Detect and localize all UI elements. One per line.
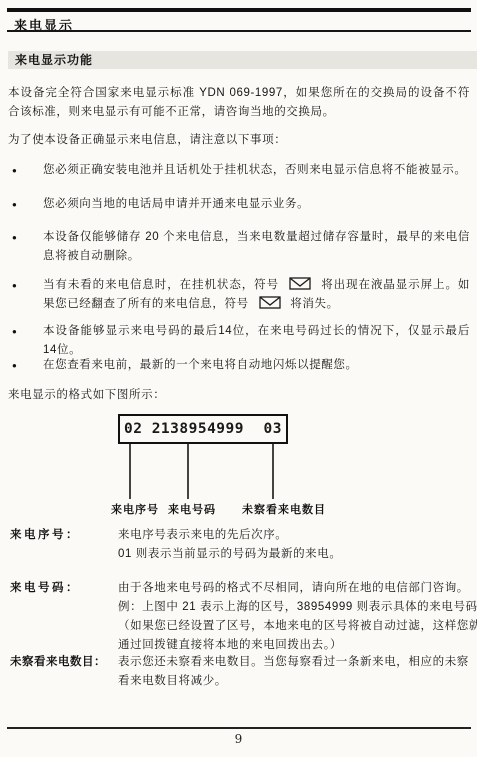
definition-line: 例：上图中 21 表示上海的区号，38954999 则表示具体的来电号码。 [118,598,468,617]
top-rule [7,8,471,12]
bullet-text: 您必须正确安装电池并且话机处于挂机状态，否则来电显示信息将不能被显示。 [43,161,470,180]
bullet-text: 本设备仅能够储存 20 个来电信息，当来电数量超过储存容量时，最早的来电信息将被… [43,228,470,266]
intro-paragraph-1: 本设备完全符合国家来电显示标准 YDN 069-1997，如果您所在的交换局的设… [8,84,470,122]
bullet-dot: ● [8,228,43,247]
bullet-item-5: ● 本设备能够显示来电号码的最后14位，在来电号码过长的情况下，仅显示最后14位… [8,322,470,360]
diagram-caption: 来电显示的格式如下图所示： [8,386,470,405]
bullet-dot: ● [8,356,43,375]
definition-line: 表示您还未察看来电数目。当您每察看过一条新来电，相应的未察 [118,653,468,672]
definition-body: 表示您还未察看来电数目。当您每察看过一条新来电，相应的未察 看来电数目将减少。 [118,653,468,691]
envelope-icon [259,296,281,309]
definition-call-number: 来电号码： 由于各地来电号码的格式不尽相同，请向所在地的电信部门咨询。 例：上图… [10,579,468,655]
label-unviewed-count: 未察看来电数目 [242,501,326,517]
lcd-unviewed-count: 03 [264,421,282,437]
bullet-item-2: ● 您必须向当地的电话局申请并开通来电显示业务。 [8,195,470,214]
bullet-item-3: ● 本设备仅能够储存 20 个来电信息，当来电数量超过储存容量时，最早的来电信息… [8,228,470,266]
definition-line: 由于各地来电号码的格式不尽相同，请向所在地的电信部门咨询。 [118,579,468,598]
bullet-text: 在您查看来电前，最新的一个来电将自动地闪烁以提醒您。 [43,356,470,375]
lcd-display-box: 02 2138954999 03 [118,414,288,444]
definition-unviewed-count: 未察看来电数目： 表示您还未察看来电数目。当您每察看过一条新来电，相应的未察 看… [10,653,468,691]
definition-term: 来电号码： [10,579,80,598]
bullet-text: 本设备能够显示来电号码的最后14位，在来电号码过长的情况下，仅显示最后14位。 [43,322,470,360]
bullet-item-6: ● 在您查看来电前，最新的一个来电将自动地闪烁以提醒您。 [8,356,470,375]
label-call-sequence: 来电序号 [111,501,159,517]
definition-line: （如果您已经设置了区号，本地来电的区号将被自动过滤，这样您就可以 [118,617,468,636]
header-rule [7,30,471,32]
intro-paragraph-2: 为了使本设备正确显示来电信息，请注意以下事项： [8,131,470,150]
bullet-dot: ● [8,195,43,214]
definition-term: 未察看来电数目： [10,653,106,672]
definition-line: 01 则表示当前显示的号码为最新的来电。 [118,545,468,564]
definition-body: 来电序号表示来电的先后次序。 01 则表示当前显示的号码为最新的来电。 [118,526,468,564]
page-number: 9 [0,732,477,746]
definition-line: 来电序号表示来电的先后次序。 [118,526,468,545]
footer-rule [7,727,471,729]
bullet-text-segment: 当有未看的来电信息时，在挂机状态，符号 [43,279,279,291]
bullet-item-4: ● 当有未看的来电信息时，在挂机状态，符号 将出现在液晶显示屏上。如果您已经翻查… [8,276,470,314]
definition-call-sequence: 来电序号： 来电序号表示来电的先后次序。 01 则表示当前显示的号码为最新的来电… [10,526,468,564]
bullet-text: 当有未看的来电信息时，在挂机状态，符号 将出现在液晶显示屏上。如果您已经翻查了所… [43,276,470,314]
connector-lines [0,443,477,501]
bullet-text-segment: 将消失。 [290,298,338,310]
bullet-dot: ● [8,322,43,341]
manual-page: 来电显示 来电显示功能 本设备完全符合国家来电显示标准 YDN 069-1997… [0,0,477,757]
definition-term: 来电序号： [10,526,80,545]
definition-line: 看来电数目将减少。 [118,672,468,691]
lcd-call-number: 02 2138954999 [124,421,244,437]
section-heading-band: 来电显示功能 [8,51,477,69]
bullet-dot: ● [8,161,43,180]
definition-body: 由于各地来电号码的格式不尽相同，请向所在地的电信部门咨询。 例：上图中 21 表… [118,579,468,655]
bullet-item-1: ● 您必须正确安装电池并且话机处于挂机状态，否则来电显示信息将不能被显示。 [8,161,470,180]
section-heading: 来电显示功能 [8,51,477,69]
bullet-text: 您必须向当地的电话局申请并开通来电显示业务。 [43,195,470,214]
bullet-dot: ● [8,276,43,295]
label-call-number: 来电号码 [168,501,216,517]
envelope-icon [289,277,311,290]
